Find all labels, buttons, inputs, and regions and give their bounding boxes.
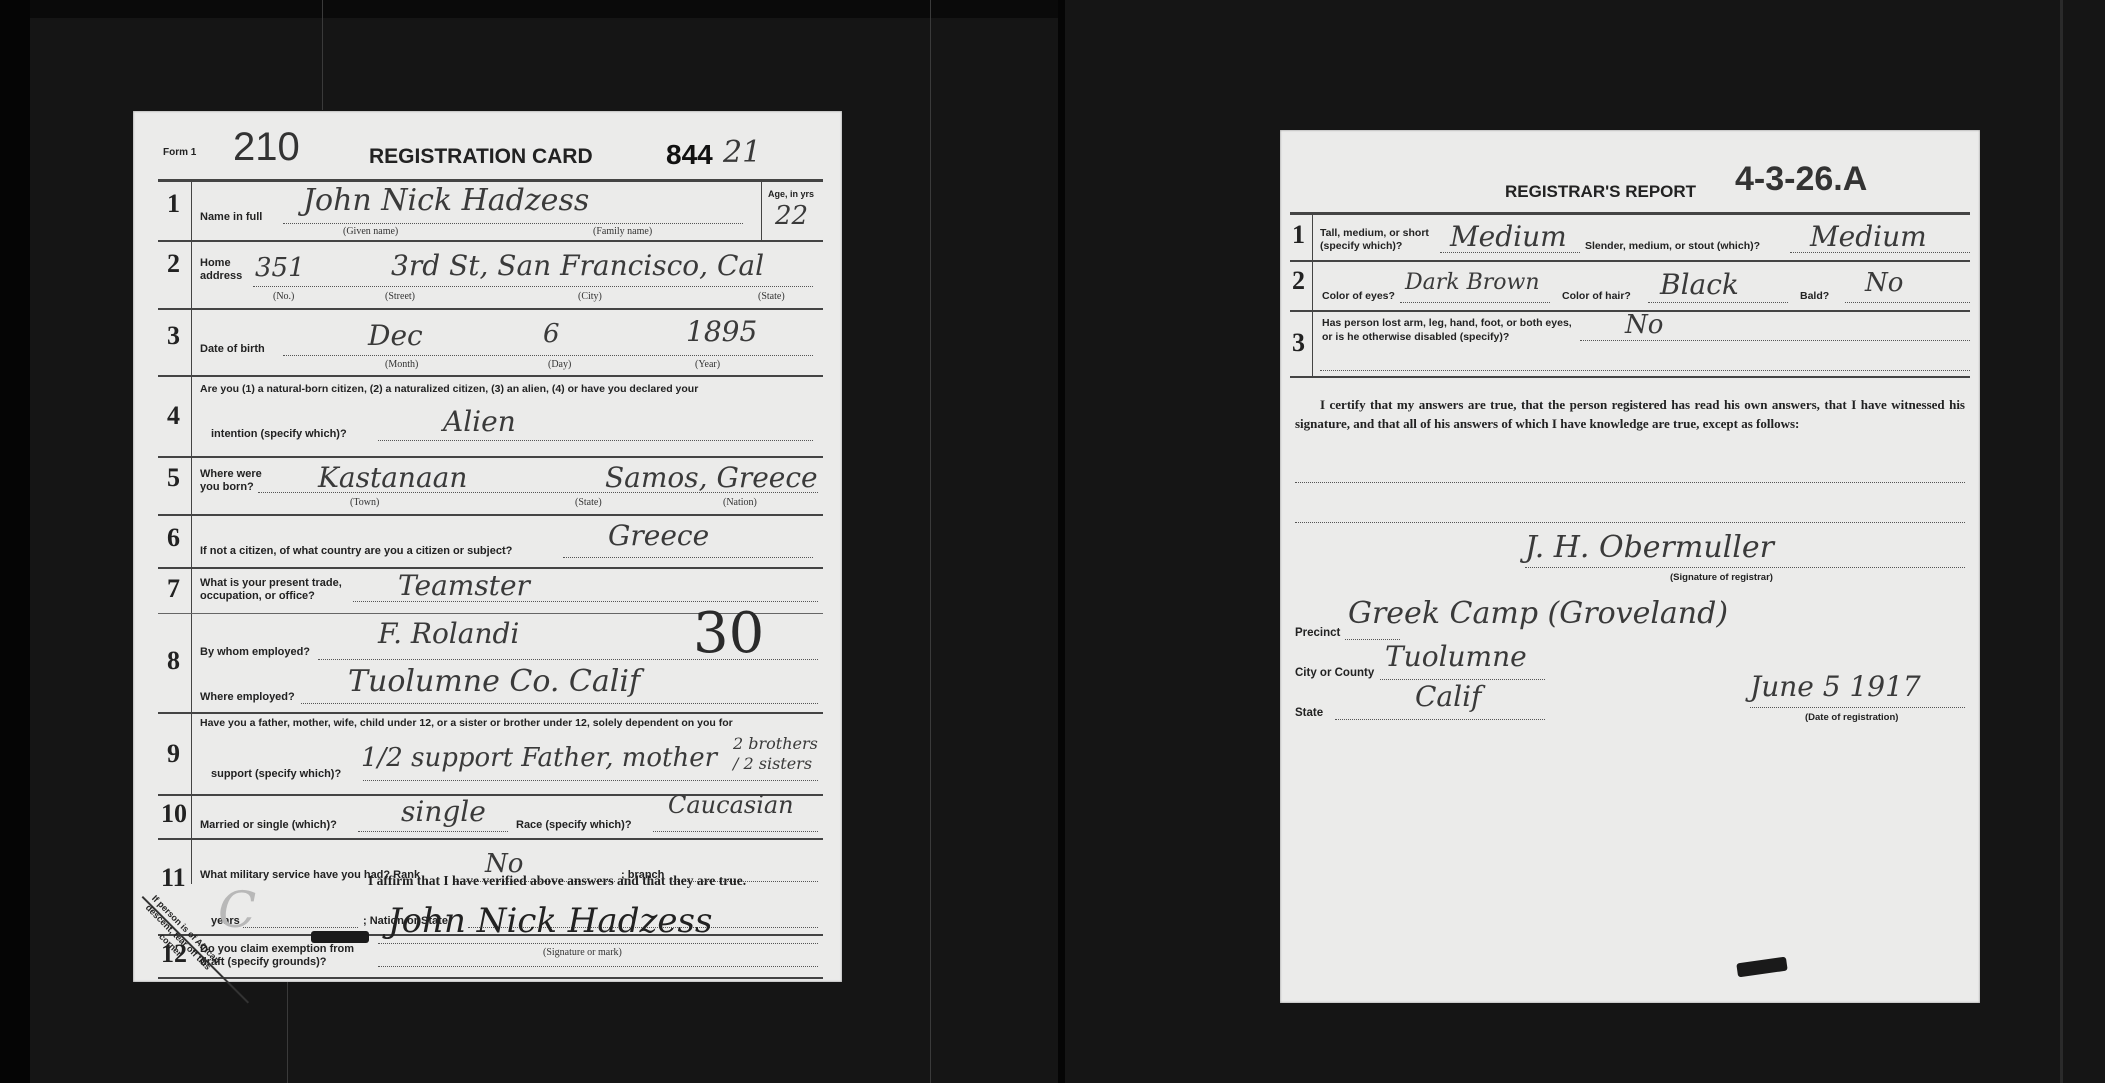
disability-value: No <box>1625 310 1663 340</box>
row-number: 3 <box>167 321 180 351</box>
employer-value: F. Rolandi <box>378 617 519 650</box>
hair-color-label: Color of hair? <box>1562 290 1631 302</box>
number-column-line <box>191 182 192 884</box>
dotted-line <box>1400 302 1550 303</box>
row-number: 1 <box>167 189 180 219</box>
registration-date-label: (Date of registration) <box>1805 712 1898 723</box>
number-column-line <box>1312 215 1313 378</box>
row-number: 8 <box>167 646 180 676</box>
county-value: Tuolumne <box>1385 640 1527 673</box>
dob-year: 1895 <box>686 315 757 348</box>
dob-month: Dec <box>368 319 423 352</box>
dotted-line <box>378 440 813 441</box>
row-divider <box>158 456 823 458</box>
row-number: 11 <box>161 863 186 893</box>
dotted-line <box>363 780 818 781</box>
height-label: Tall, medium, or short (specify which)? <box>1320 227 1445 253</box>
exceptions-line-2 <box>1295 522 1965 523</box>
film-scratch <box>287 982 288 1083</box>
divider <box>1290 212 1970 215</box>
dotted-line <box>1580 340 1970 341</box>
marital-label: Married or single (which)? <box>200 819 337 831</box>
dependents-question: Have you a father, mother, wife, child u… <box>200 717 733 729</box>
dotted-line <box>283 223 743 224</box>
dotted-line <box>1845 302 1970 303</box>
sub-label-given: (Given name) <box>343 226 398 237</box>
signature-line <box>1525 567 1965 568</box>
row-divider <box>1290 260 1970 262</box>
sub-label-city: (City) <box>578 291 602 302</box>
name-value: John Nick Hadzess <box>303 183 589 218</box>
age-label: Age, in yrs <box>768 189 814 199</box>
birth-town: Kastanaan <box>318 461 467 494</box>
film-edge-left <box>0 0 30 1083</box>
row-divider <box>158 712 823 714</box>
dotted-line <box>1335 719 1545 720</box>
dotted-line <box>243 927 358 928</box>
birthplace-label: Where were you born? <box>200 468 270 494</box>
citizenship-question: Are you (1) a natural-born citizen, (2) … <box>200 383 698 395</box>
registrar-signature: J. H. Obermuller <box>1525 530 1774 565</box>
dob-label: Date of birth <box>200 343 265 355</box>
name-label: Name in full <box>200 211 262 223</box>
state-value: Calif <box>1415 680 1481 713</box>
dotted-line <box>301 703 818 704</box>
row-number: 7 <box>167 574 180 604</box>
sub-label-street: (Street) <box>385 291 415 302</box>
card-title: REGISTRATION CARD <box>369 145 593 169</box>
registration-card: Form 1 210 REGISTRATION CARD 844 21 1 Na… <box>133 111 842 982</box>
film-scratch <box>322 0 323 110</box>
build-value: Medium <box>1810 220 1927 253</box>
film-scratch <box>930 0 931 1083</box>
row-number: 1 <box>1292 220 1305 250</box>
sub-label-state: (State) <box>575 497 602 508</box>
citizen-country-label: If not a citizen, of what country are yo… <box>200 545 512 557</box>
exceptions-line-1 <box>1295 482 1965 483</box>
bald-value: No <box>1865 268 1903 298</box>
dotted-line <box>378 966 818 967</box>
film-edge-right <box>2060 0 2063 1083</box>
form-label: Form 1 <box>163 147 196 158</box>
row-divider <box>158 838 823 840</box>
form-number: 210 <box>233 125 300 170</box>
dob-day: 6 <box>543 319 560 349</box>
dotted-line <box>455 881 615 882</box>
divider <box>158 179 823 182</box>
dotted-line <box>283 355 813 356</box>
precinct-label: Precinct <box>1295 627 1340 639</box>
row-number: 2 <box>167 249 180 279</box>
citizen-country-value: Greece <box>608 519 709 552</box>
support-value-extra: 2 brothers / 2 sisters <box>733 734 828 774</box>
branch-label: ; branch <box>621 869 664 881</box>
dotted-line <box>673 881 818 882</box>
dotted-line <box>653 831 818 832</box>
annotation-number: 30 <box>693 601 764 666</box>
row-divider <box>158 514 823 516</box>
eye-color-label: Color of eyes? <box>1322 290 1395 302</box>
row-number: 10 <box>161 799 187 829</box>
dotted-line <box>1648 302 1788 303</box>
row-divider <box>158 375 823 377</box>
years-label: years <box>211 915 240 927</box>
occupation-label: What is your present trade, occupation, … <box>200 577 350 603</box>
row-divider <box>158 308 823 310</box>
age-value: 22 <box>775 201 808 231</box>
sub-label-family: (Family name) <box>593 226 652 237</box>
support-label: support (specify which)? <box>211 768 341 780</box>
precinct-value: Greek Camp (Groveland) <box>1348 596 1728 631</box>
sub-label-nation: (Nation) <box>723 497 757 508</box>
clip-mark <box>1736 957 1787 978</box>
home-address-label: Home address <box>200 257 250 283</box>
occupation-value: Teamster <box>398 569 530 602</box>
serial-handwritten: 21 <box>723 135 761 170</box>
row-number: 12 <box>161 939 187 969</box>
sub-label-day: (Day) <box>548 359 571 370</box>
dotted-line <box>563 557 813 558</box>
sub-label-month: (Month) <box>385 359 418 370</box>
dotted-line <box>358 831 508 832</box>
nation-label: ; Nation or State <box>363 915 448 927</box>
exemption-label: Do you claim exemption from draft (speci… <box>200 943 370 969</box>
sub-label-state: (State) <box>758 291 785 302</box>
citizenship-value: Alien <box>443 405 516 438</box>
race-value: Caucasian <box>668 791 794 819</box>
birth-state-nation: Samos, Greece <box>605 461 818 494</box>
certification-text: I certify that my answers are true, that… <box>1295 395 1965 433</box>
film-top-strip <box>30 0 1060 18</box>
sub-label-town: (Town) <box>350 497 379 508</box>
registration-date-value: June 5 1917 <box>1750 670 1921 703</box>
military-rank-value: No <box>485 849 523 879</box>
address-number: 351 <box>255 253 305 283</box>
age-divider <box>761 182 762 240</box>
where-employed-label: Where employed? <box>200 691 295 703</box>
row-divider <box>158 240 823 242</box>
row-number: 6 <box>167 523 180 553</box>
disability-label: Has person lost arm, leg, hand, foot, or… <box>1322 316 1582 344</box>
eye-color-value: Dark Brown <box>1405 270 1540 295</box>
where-employed-value: Tuolumne Co. Calif <box>348 664 640 699</box>
registrars-report-card: REGISTRAR'S REPORT 4-3-26.A 1 Tall, medi… <box>1280 130 1980 1003</box>
state-label: State <box>1295 707 1323 719</box>
military-label: What military service have you had? Rank <box>200 869 420 881</box>
row-number: 9 <box>167 739 180 769</box>
report-title: REGISTRAR'S REPORT <box>1505 182 1696 202</box>
marital-value: single <box>401 795 486 828</box>
registrar-signature-label: (Signature of registrar) <box>1670 572 1773 583</box>
row-number: 2 <box>1292 266 1305 296</box>
row-divider <box>158 934 823 936</box>
sub-label-no: (No.) <box>273 291 294 302</box>
row-number: 5 <box>167 463 180 493</box>
county-label: City or County <box>1295 667 1374 679</box>
bald-label: Bald? <box>1800 290 1829 302</box>
film-frame-divider <box>1058 0 1065 1083</box>
intention-label: intention (specify which)? <box>211 428 347 440</box>
row-divider <box>1290 376 1970 378</box>
sub-label-year: (Year) <box>695 359 720 370</box>
address-street-city: 3rd St, San Francisco, Cal <box>391 249 764 282</box>
employer-label: By whom employed? <box>200 646 310 658</box>
height-value: Medium <box>1450 220 1567 253</box>
serial-stamp: 844 <box>666 139 713 171</box>
dotted-line <box>1320 370 1970 371</box>
hair-color-value: Black <box>1660 268 1739 301</box>
date-line <box>1750 707 1965 708</box>
support-value: 1/2 support Father, mother <box>361 743 717 773</box>
race-label: Race (specify which)? <box>516 819 632 831</box>
build-label: Slender, medium, or stout (which)? <box>1585 240 1760 252</box>
row-number: 4 <box>167 401 180 431</box>
dotted-line <box>468 927 818 928</box>
report-stamp: 4-3-26.A <box>1735 160 1867 199</box>
row-divider <box>158 977 823 979</box>
dotted-line <box>253 286 813 287</box>
row-number: 3 <box>1292 328 1305 358</box>
